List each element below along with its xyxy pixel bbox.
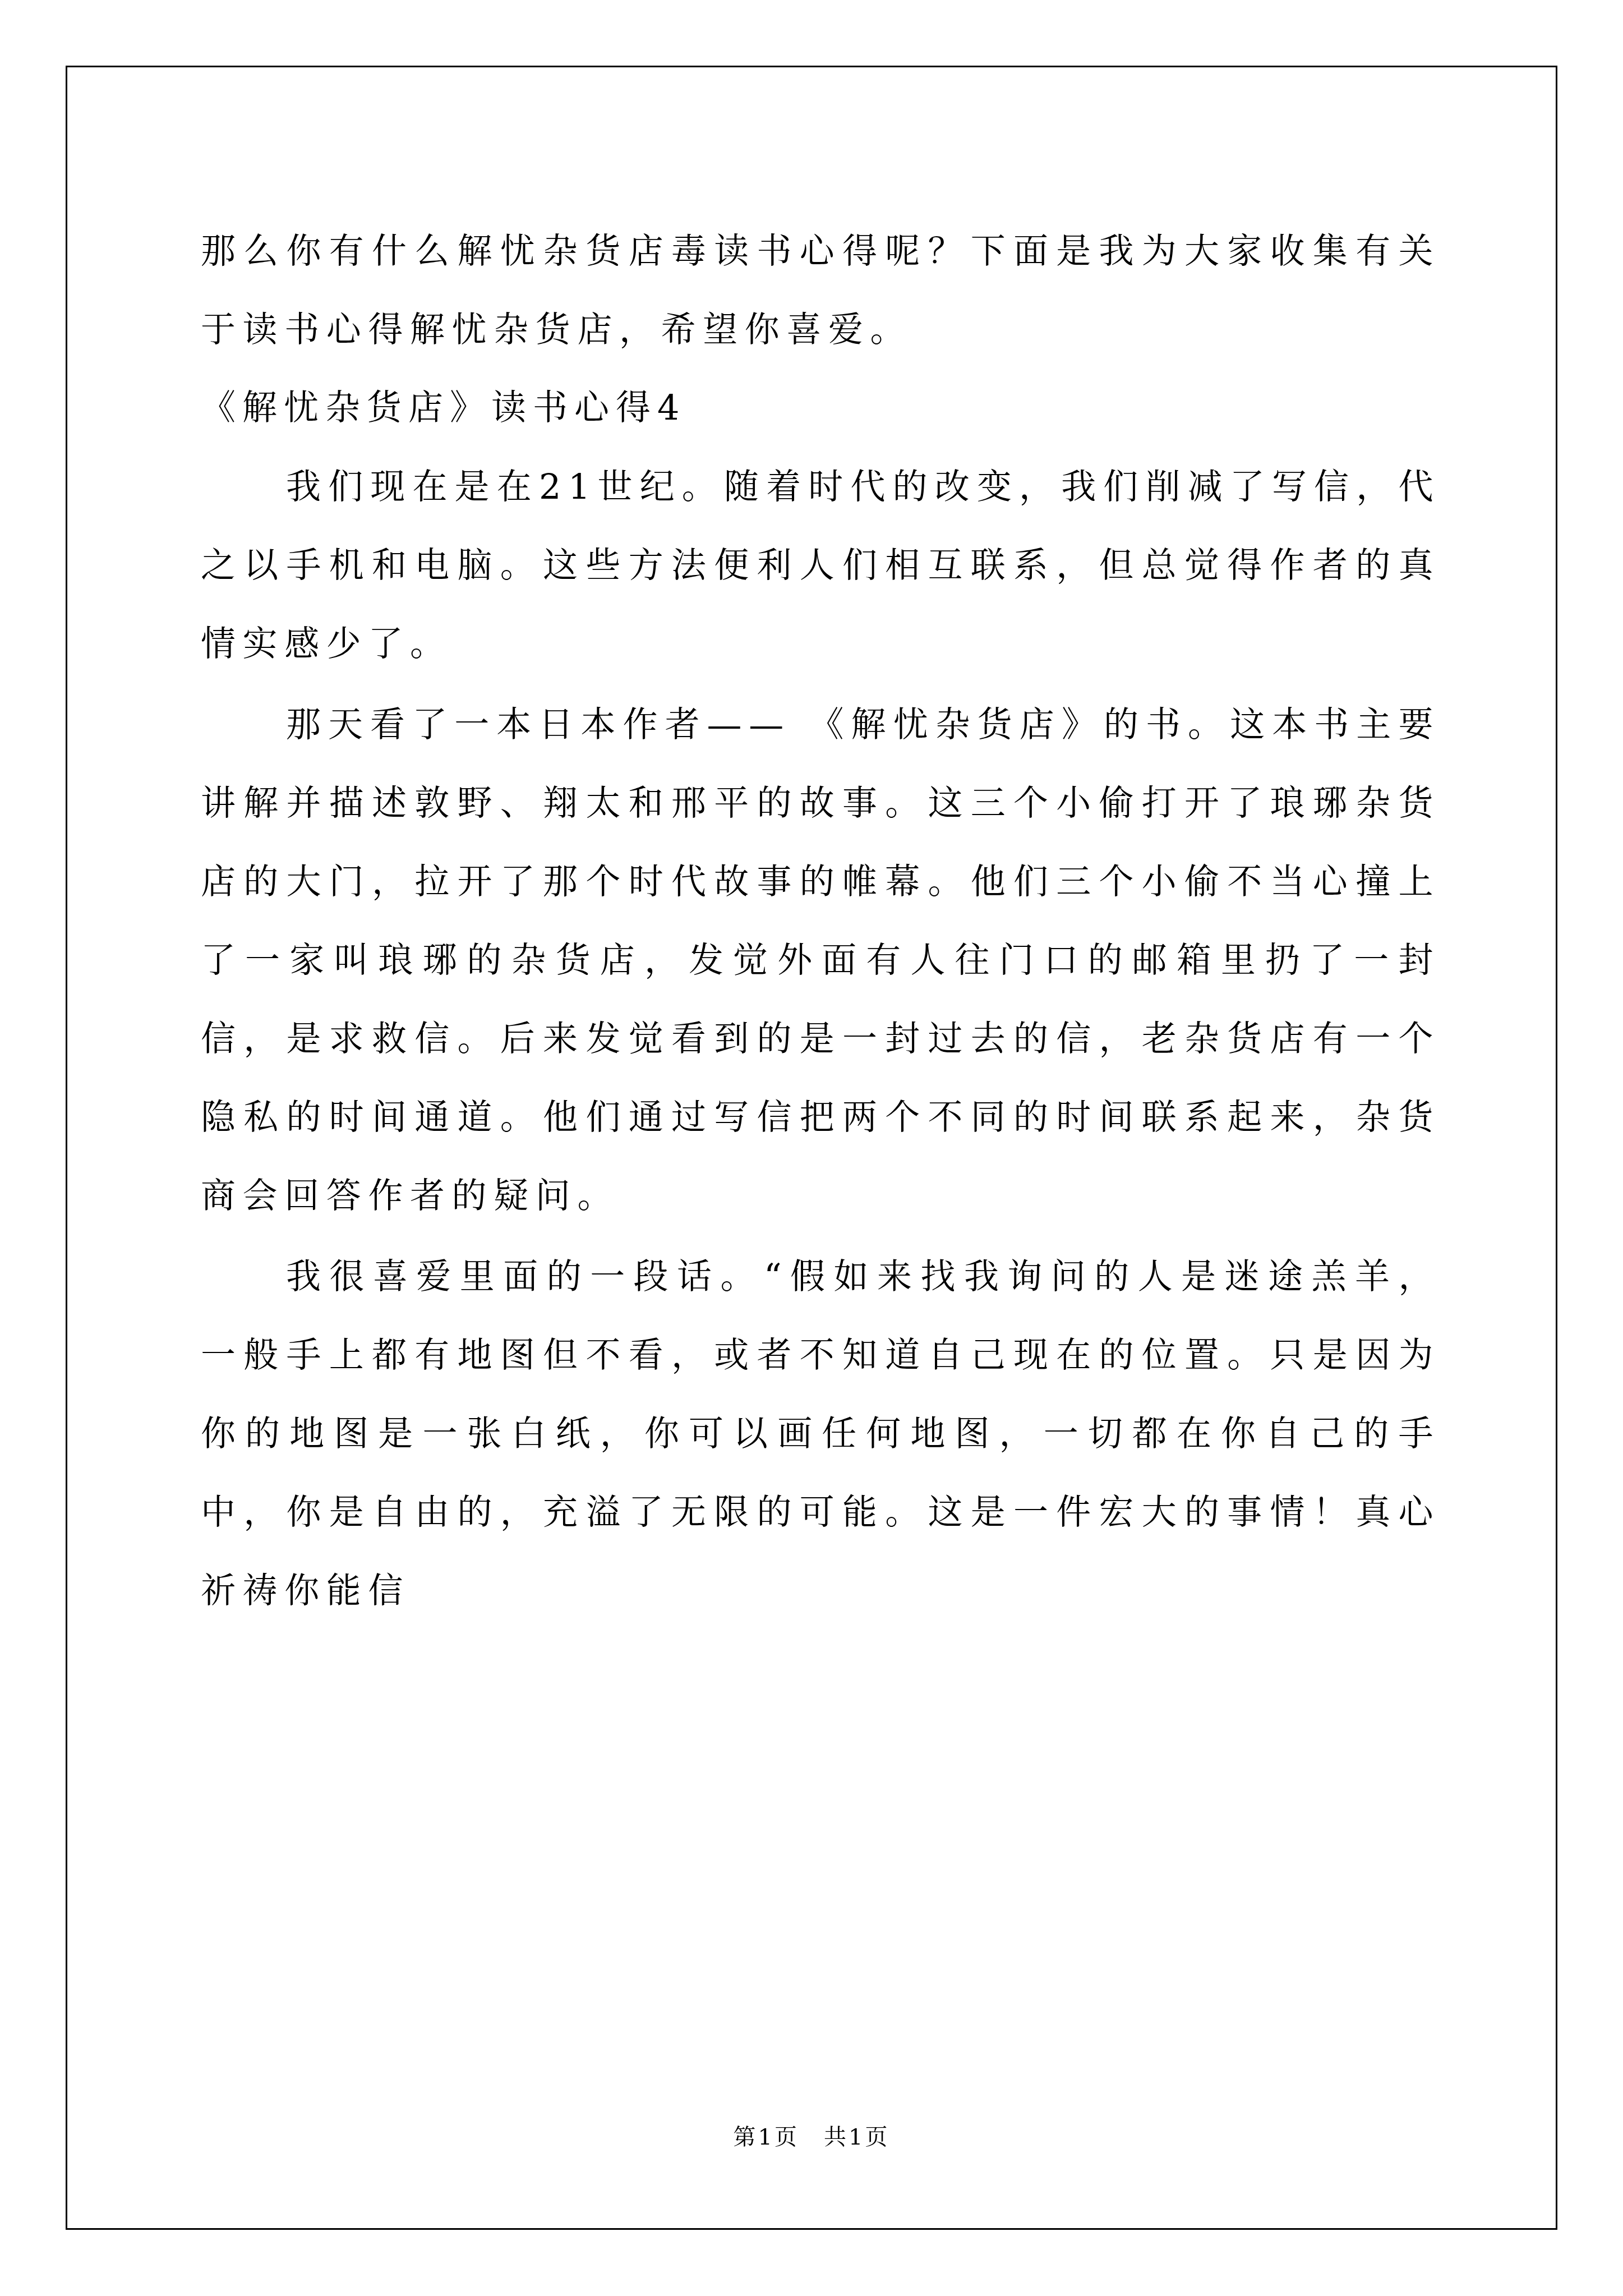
page-number-footer: 第1页 共1页 [0, 2119, 1623, 2151]
intro-paragraph: 那么你有什么解忧杂货店毒读书心得呢？下面是我为大家收集有关于读书心得解忧杂货店，… [201, 212, 1440, 369]
body-paragraph-2: 那天看了一本日本作者—— 《解忧杂货店》的书。这本书主要讲解并描述敦野、翔太和邢… [201, 685, 1440, 1235]
document-body: 那么你有什么解忧杂货店毒读书心得呢？下面是我为大家收集有关于读书心得解忧杂货店，… [201, 212, 1440, 1630]
body-paragraph-3: 我很喜爱里面的一段话。“假如来找我询问的人是迷途羔羊，一般手上都有地图但不看，或… [201, 1237, 1440, 1630]
body-paragraph-1: 我们现在是在21世纪。随着时代的改变，我们削减了写信，代之以手机和电脑。这些方法… [201, 448, 1440, 683]
section-heading: 《解忧杂货店》读书心得4 [201, 368, 1440, 448]
